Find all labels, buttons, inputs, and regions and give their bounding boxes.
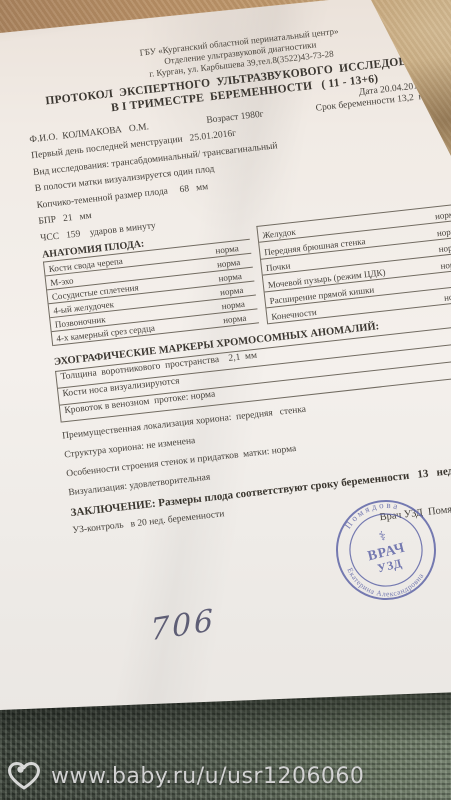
- row-value: норма: [436, 225, 451, 237]
- photo-scene: ГБУ «Курганский областной перинатальный …: [0, 0, 451, 800]
- row-value: норма: [215, 243, 239, 255]
- doctor-stamp: Помядова Екатерина Александровна ⚕ ВРАЧ …: [327, 491, 445, 609]
- row-value: норма: [220, 285, 244, 297]
- medical-bowl-icon: ⚕: [377, 528, 387, 544]
- row-value: норма: [221, 299, 245, 311]
- watermark-url: www.baby.ru/u/usr1206060: [51, 764, 364, 789]
- row-label: М-эхо: [50, 275, 74, 287]
- watermark-bar: www.baby.ru/u/usr1206060: [0, 756, 451, 796]
- row-value: норма: [435, 209, 451, 221]
- anatomy-table-right: Желудокнорма Передняя брюшная стенканорм…: [256, 203, 451, 325]
- svg-text:Помядова: Помядова: [339, 495, 405, 532]
- row-value: норма: [216, 257, 240, 269]
- document-paper: ГБУ «Курганский областной перинатальный …: [0, 0, 451, 800]
- row-value: норма: [440, 258, 451, 270]
- row-value: норма: [218, 271, 242, 283]
- row-label: Почки: [265, 261, 290, 274]
- baby-ru-heart-logo-icon: [6, 760, 42, 792]
- row-label: Конечности: [271, 307, 317, 322]
- row-value: норма: [438, 242, 451, 254]
- row-value: норма: [444, 291, 451, 303]
- ultrasound-protocol: ГБУ «Курганский областной перинатальный …: [8, 0, 451, 557]
- stamp-arc-top-text: Помядова: [339, 495, 405, 532]
- row-value: норма: [223, 313, 247, 325]
